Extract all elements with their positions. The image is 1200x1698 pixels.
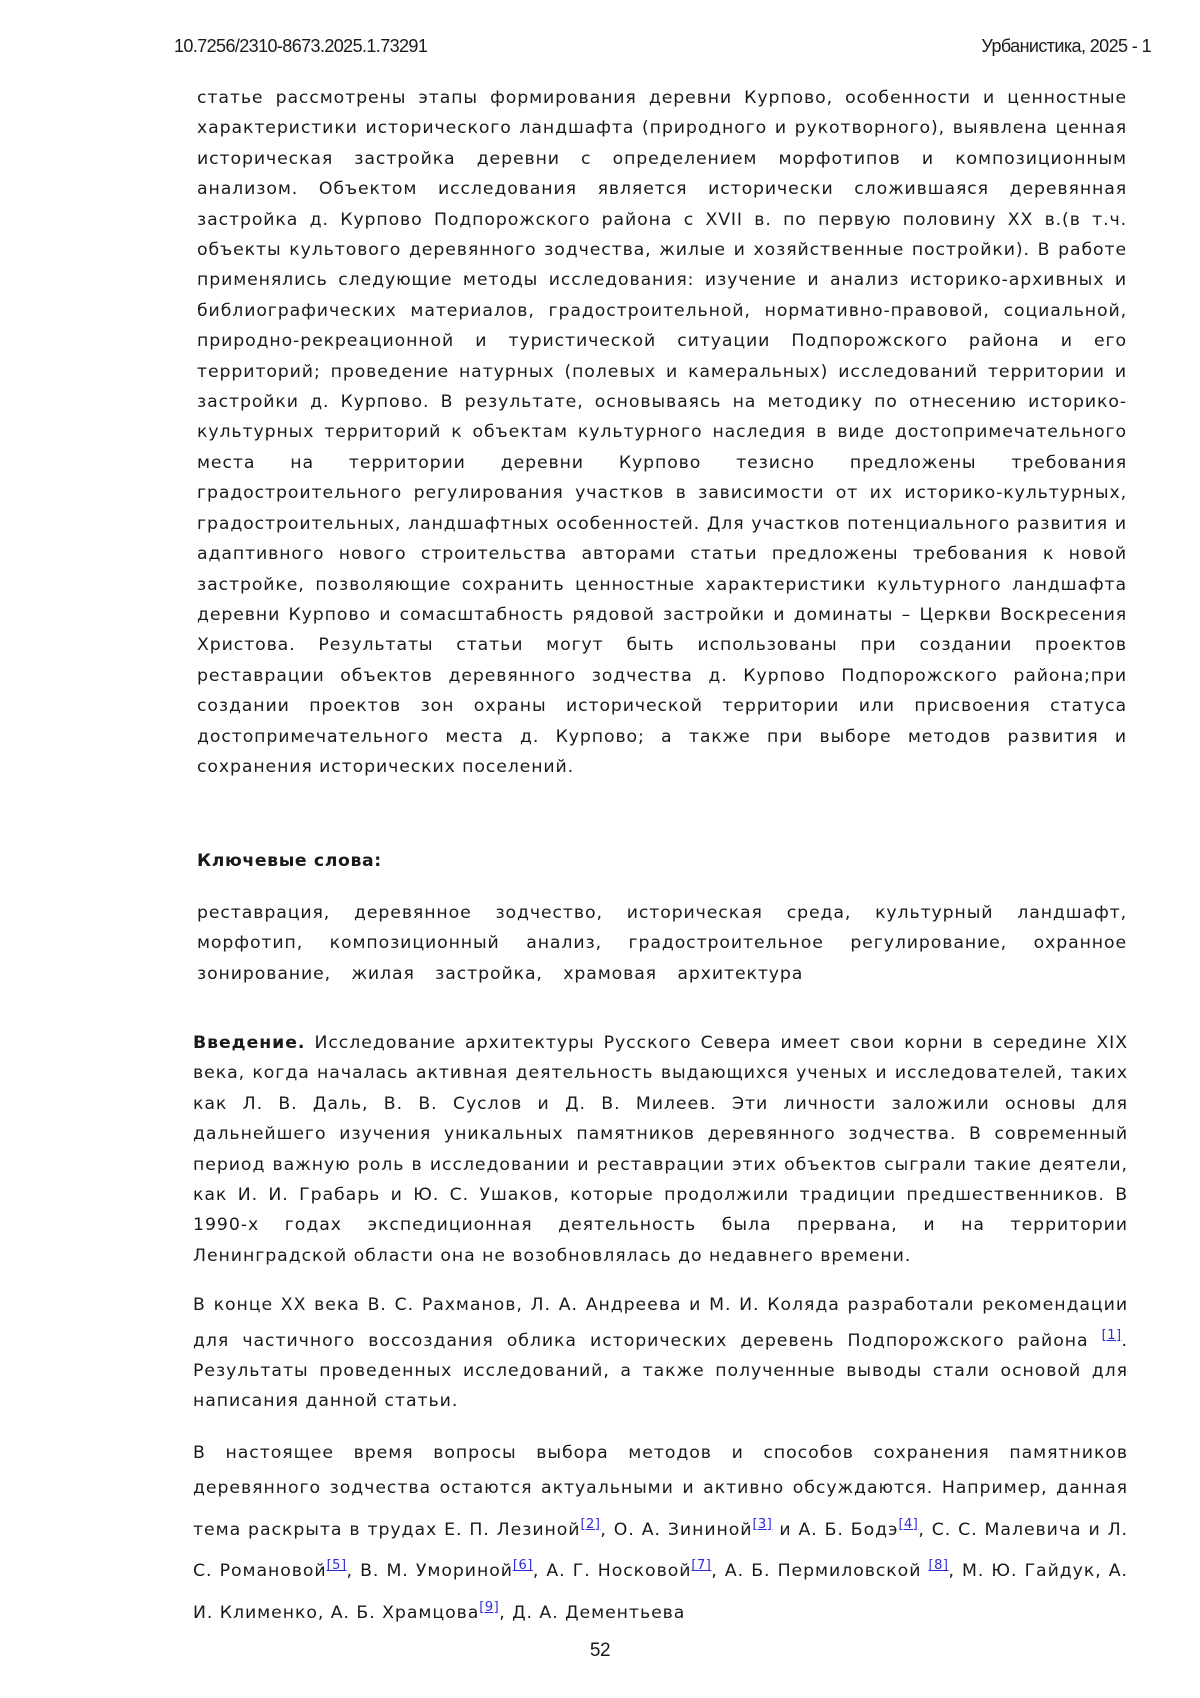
intro-paragraph-3-text: , А. Б. Пермиловской bbox=[711, 1561, 928, 1581]
citation-link-7[interactable]: [7] bbox=[691, 1558, 711, 1573]
citation-link-3[interactable]: [3] bbox=[752, 1517, 772, 1532]
introduction-section: Введение. Исследование архитектуры Русск… bbox=[193, 1028, 1128, 1650]
citation-link-8[interactable]: [8] bbox=[929, 1558, 949, 1573]
intro-paragraph-2: В конце XX века В. С. Рахманов, Л. А. Ан… bbox=[193, 1290, 1128, 1417]
page-number: 52 bbox=[0, 1640, 1200, 1662]
intro-lead-heading: Введение. bbox=[193, 1033, 305, 1053]
citation-link-1[interactable]: [1] bbox=[1102, 1328, 1122, 1343]
keywords-title: Ключевые слова: bbox=[197, 846, 1127, 876]
citation-link-2[interactable]: [2] bbox=[580, 1517, 600, 1532]
journal-issue-label: Урбанистика, 2025 - 1 bbox=[981, 36, 1151, 57]
citation-link-9[interactable]: [9] bbox=[479, 1600, 499, 1615]
keywords-list: реставрация, деревянное зодчество, истор… bbox=[197, 898, 1127, 989]
intro-paragraph-3-text: , Д. А. Дементьева bbox=[499, 1603, 685, 1623]
intro-paragraph-3: В настоящее время вопросы выбора методов… bbox=[193, 1436, 1128, 1632]
intro-paragraph-1-text: Исследование архитектуры Русского Севера… bbox=[193, 1033, 1128, 1266]
intro-paragraph-3-text: , В. М. Умориной bbox=[347, 1561, 513, 1581]
citation-link-4[interactable]: [4] bbox=[898, 1517, 918, 1532]
running-header: 10.7256/2310-8673.2025.1.73291 Урбанисти… bbox=[174, 36, 1151, 60]
intro-paragraph-1: Введение. Исследование архитектуры Русск… bbox=[193, 1028, 1128, 1271]
intro-paragraph-2-text-a: В конце XX века В. С. Рахманов, Л. А. Ан… bbox=[193, 1295, 1128, 1350]
keywords-section: Ключевые слова: реставрация, деревянное … bbox=[197, 846, 1127, 989]
intro-paragraph-3-text: , О. А. Зининой bbox=[600, 1520, 752, 1540]
intro-paragraph-3-text: и А. Б. Бодэ bbox=[772, 1520, 898, 1540]
intro-paragraph-3-text: , А. Г. Носковой bbox=[533, 1561, 692, 1581]
citation-link-5[interactable]: [5] bbox=[327, 1558, 347, 1573]
doi-label: 10.7256/2310-8673.2025.1.73291 bbox=[174, 36, 427, 57]
citation-link-6[interactable]: [6] bbox=[513, 1558, 533, 1573]
abstract-continuation: статье рассмотрены этапы формирования де… bbox=[197, 83, 1127, 782]
